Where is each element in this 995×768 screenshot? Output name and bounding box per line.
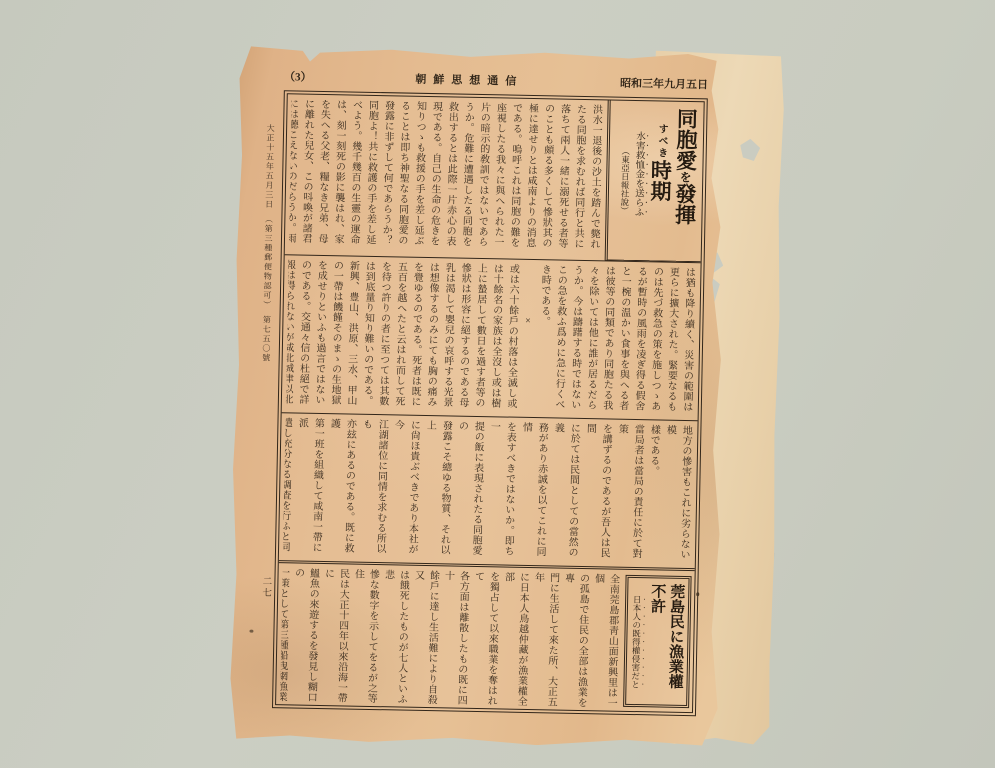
torn-hole	[740, 139, 761, 161]
body-text-tier-c: 地方の慘害もこれに劣らない模 樣である。 當局者は當局の責任に於て對策 を講ずる…	[283, 417, 694, 565]
main-headline-subtitle: 水害救恤金を送らふ	[630, 107, 650, 258]
section-second-article: 莞島民に漁業權不許 日本人の既得權侵害だと 全南莞島郡靑山面新興里は一個 の孤島…	[276, 560, 695, 714]
body-text-second-article: 全南莞島郡靑山面新興里は一個 の孤島で住民の全部は漁業を專 門に生活して來た所、…	[280, 567, 621, 709]
second-headline-title: 莞島民に漁業權不許	[645, 583, 685, 703]
paper-speck	[249, 630, 253, 633]
header-date: 昭和三年九月五日	[620, 75, 708, 93]
page-folio-number: 二七	[258, 576, 272, 599]
section-main-article-bottom: 地方の慘害もこれに劣らない模 樣である。 當局者は當局の責任に於て對策 を講ずる…	[279, 412, 698, 568]
paper-speck	[696, 592, 699, 596]
section-main-article-middle: は猶も降り續く、災害の範圍は 更らに擴大された。緊要なるも のは先づ救急の策を施…	[282, 254, 701, 420]
main-headline-box: 同胞愛を發揮 すべき時期 水害救恤金を送らふ （東亞日報社說）	[605, 100, 704, 262]
scan-background: （3） 朝鮮思想通信 昭和三年九月五日 同胞愛を發揮 すべき時期 水害救恤金を送…	[0, 0, 995, 768]
body-text-tier-b: は猶も降り續く、災害の範圍は 更らに擴大された。緊要なるも のは先づ救急の策を施…	[286, 259, 697, 417]
header-page-number: （3）	[284, 68, 312, 85]
ruled-content-box: 同胞愛を發揮 すべき時期 水害救恤金を送らふ （東亞日報社說） 洪水一退後の沙土…	[272, 90, 708, 716]
body-text-tier-a: 洪水一退後の沙土を踏んで斃れ たる同胞を求むれば同行と共に 落ちて兩人一緒に溺死…	[289, 98, 604, 257]
second-headline-box: 莞島民に漁業權不許 日本人の既得權侵害だと	[623, 575, 692, 708]
newspaper-page: （3） 朝鮮思想通信 昭和三年九月五日 同胞愛を發揮 すべき時期 水害救恤金を送…	[225, 43, 732, 750]
page-header: （3） 朝鮮思想通信 昭和三年九月五日	[284, 68, 708, 92]
section-main-article-top: 同胞愛を發揮 すべき時期 水害救恤金を送らふ （東亞日報社說） 洪水一退後の沙土…	[285, 94, 704, 262]
left-margin-publication-note: 大正十五年五月三日 （第三種郵便物認可） 第七五〇號	[258, 124, 276, 494]
main-headline-line2: すべき時期	[647, 107, 674, 258]
main-headline-line1: 同胞愛を發揮	[671, 108, 700, 259]
header-publication-title: 朝鮮思想通信	[408, 71, 523, 89]
second-headline-subtitle: 日本人の既得權侵害だと	[629, 583, 647, 702]
